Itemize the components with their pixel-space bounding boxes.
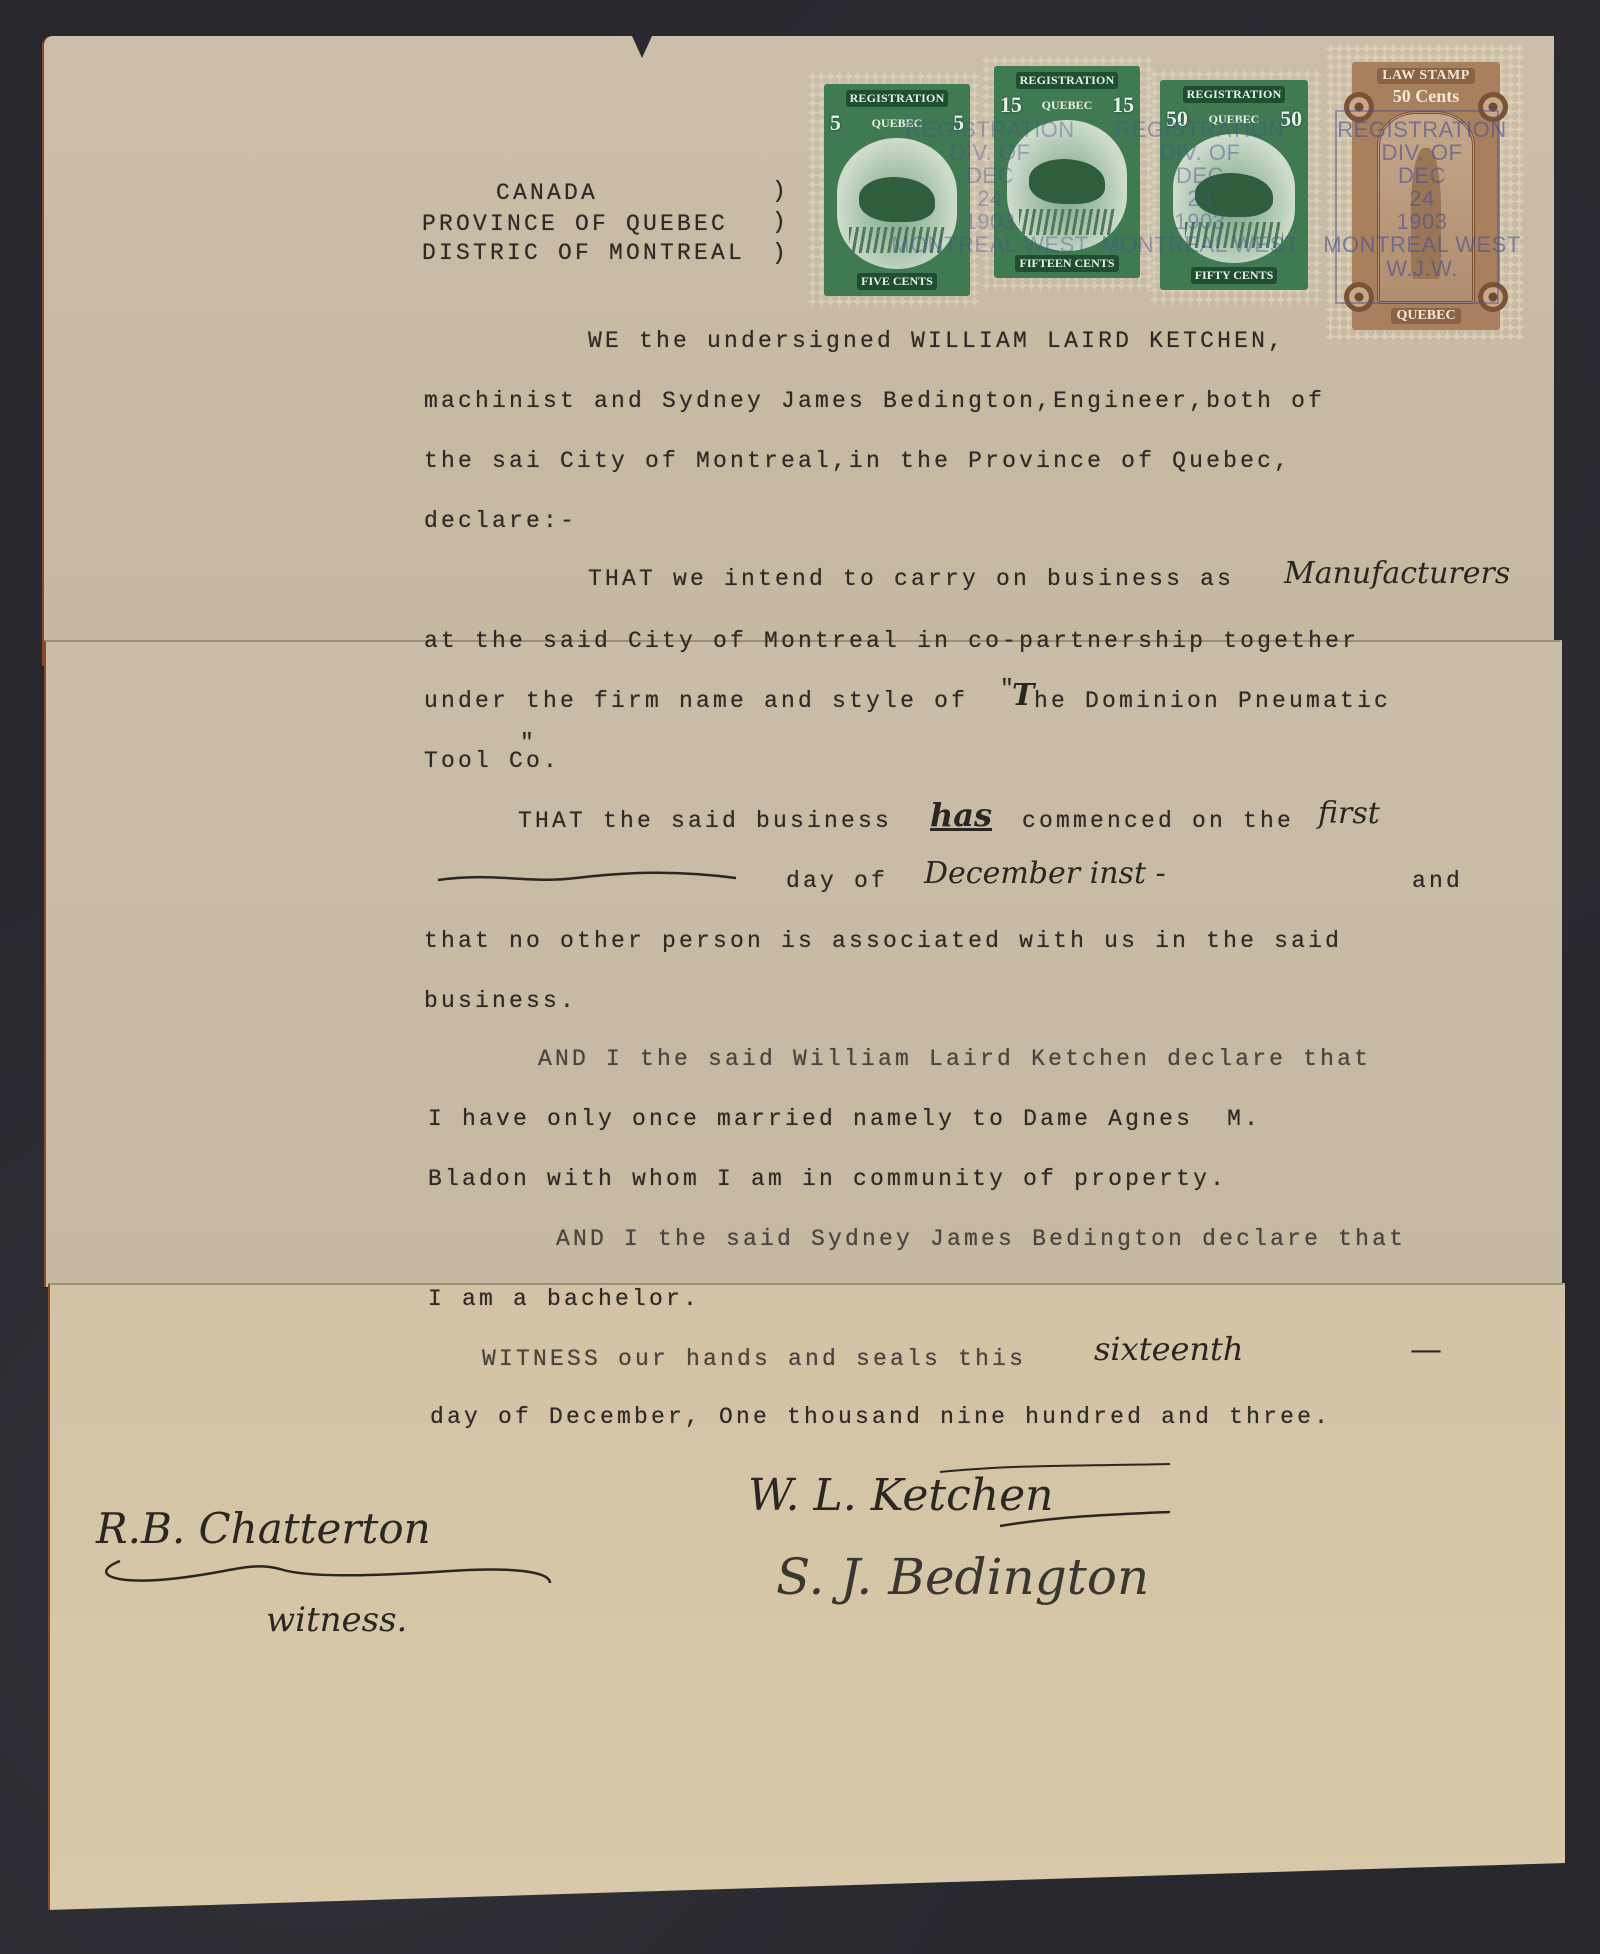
body-line: I have only once married namely to Dame … [428, 1106, 1261, 1132]
signature-underline [840, 1460, 1180, 1530]
cancel-line: REGISTRATION [880, 118, 1100, 141]
cancel-line: MONTREAL WEST [1100, 233, 1300, 256]
body-line: THAT we intend to carry on business as [588, 566, 1234, 592]
handwritten-dash: — [1410, 1330, 1442, 1368]
fold-line [48, 1283, 1563, 1285]
signature-flourish [90, 1555, 560, 1595]
cancel-line: MONTREAL WEST [1322, 233, 1522, 256]
stamp-header: REGISTRATION [846, 90, 949, 107]
heading-bracket: ) [772, 240, 789, 266]
cancellation-stamp: REGISTRATION DIV. OF DEC 24 1903 MONTREA… [1100, 118, 1300, 257]
cancel-line: DIV. OF [880, 141, 1100, 164]
handwritten-insertion: has [930, 796, 992, 834]
body-line: under the firm name and style of [424, 688, 968, 714]
stamp-value-text: FIVE CENTS [857, 273, 937, 290]
body-line: WITNESS our hands and seals this [482, 1346, 1026, 1372]
handwritten-insertion: Manufacturers [1284, 556, 1510, 591]
cancellation-stamp: REGISTRATION DIV. OF DEC 24 1903 MONTREA… [880, 118, 1100, 257]
cancel-line: DEC [880, 164, 1100, 187]
cancel-line: 1903 [1100, 210, 1300, 233]
handwritten-insertion: first [1318, 796, 1380, 831]
cancel-line: MONTREAL WEST [880, 233, 1100, 256]
cancel-line: 1903 [880, 210, 1100, 233]
heading-country: CANADA [496, 180, 598, 206]
cancel-line: 24 [1322, 187, 1522, 210]
heading-bracket: ) [772, 178, 789, 204]
cancel-line: 24 [880, 187, 1100, 210]
heading-province: PROVINCE OF QUEBEC [422, 211, 728, 237]
signature-bedington: S. J. Bedington [776, 1548, 1149, 1606]
witness-signature: R.B. Chatterton [96, 1504, 431, 1553]
cancellation-stamp: REGISTRATION DIV. OF DEC 24 1903 MONTREA… [1322, 118, 1522, 280]
heading-bracket: ) [772, 209, 789, 235]
body-line: and [1412, 868, 1463, 894]
handwritten-line [436, 868, 746, 888]
handwritten-insertion: T [1012, 678, 1034, 713]
stamp-province: QUEBEC [1391, 308, 1460, 324]
witness-label: witness. [266, 1600, 407, 1640]
handwritten-insertion: sixteenth [1094, 1330, 1244, 1368]
body-line: WE the undersigned WILLIAM LAIRD KETCHEN… [588, 328, 1285, 354]
paper-tear [632, 36, 652, 58]
body-line: that no other person is associated with … [424, 928, 1342, 954]
body-line: day of [786, 868, 888, 894]
handwritten-insertion: December inst - [924, 856, 1166, 891]
body-line: he Dominion Pneumatic [1034, 688, 1391, 714]
cancel-line: REGISTRATION [1322, 118, 1522, 141]
cancel-line: DIV. OF [1322, 141, 1522, 164]
stamp-value-text: FIFTEEN CENTS [1015, 255, 1118, 272]
quote-mark: " [520, 730, 537, 756]
body-line: I am a bachelor. [428, 1286, 700, 1312]
body-line: commenced on the [1022, 808, 1294, 834]
stamp-header: LAW STAMP [1377, 68, 1475, 84]
stamp-numeral: 15 [1000, 92, 1022, 118]
stamp-header: REGISTRATION [1016, 72, 1119, 89]
stamp-numeral: 15 [1112, 92, 1134, 118]
body-line: AND I the said Sydney James Bedington de… [556, 1226, 1406, 1252]
stamp-value-text: 50 Cents [1393, 86, 1460, 107]
cancel-line: W.J.W. [1322, 257, 1522, 280]
stamp-value-text: FIFTY CENTS [1191, 267, 1278, 284]
body-line: AND I the said William Laird Ketchen dec… [538, 1046, 1371, 1072]
cancel-line: REGISTRATION [1100, 118, 1300, 141]
body-line: Bladon with whom I am in community of pr… [428, 1166, 1227, 1192]
body-line: machinist and Sydney James Bedington,Eng… [424, 388, 1325, 414]
body-line: THAT the said business [518, 808, 892, 834]
body-line: the sai City of Montreal,in the Province… [424, 448, 1291, 474]
stamp-province: QUEBEC [1042, 98, 1093, 113]
body-line: at the said City of Montreal in co-partn… [424, 628, 1359, 654]
body-line: day of December, One thousand nine hundr… [430, 1404, 1331, 1430]
body-line: declare:- [424, 508, 577, 534]
stamp-header: REGISTRATION [1183, 86, 1286, 103]
cancel-line: DEC [1322, 164, 1522, 187]
stamp-numeral: 5 [830, 110, 841, 136]
body-line: business. [424, 988, 577, 1014]
heading-district: DISTRIC OF MONTREAL [422, 240, 745, 266]
cancel-line: DEC [1100, 164, 1300, 187]
cancel-line: 1903 [1322, 210, 1522, 233]
body-line: Tool Co. [424, 748, 560, 774]
cancel-line: DIV. OF [1100, 141, 1300, 164]
cancel-line: 24 [1100, 187, 1300, 210]
